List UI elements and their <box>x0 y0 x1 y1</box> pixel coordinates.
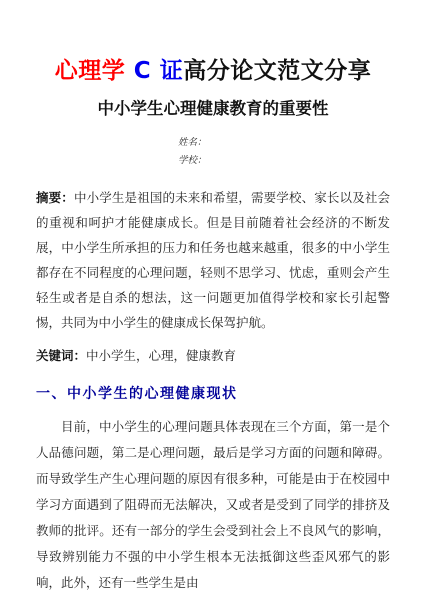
document-page: 心理学 C 证高分论文范文分享 中小学生心理健康教育的重要性 姓名： 学校： 摘… <box>0 0 424 600</box>
name-label: 姓名： <box>178 134 390 152</box>
section-paragraph: 目前，中小学生的心理问题具体表现在三个方面，第一是个人品德问题，第二是心理问题，… <box>36 414 390 596</box>
school-label: 学校： <box>178 152 390 170</box>
author-meta: 姓名： 学校： <box>36 134 390 170</box>
keywords-label: 关键词： <box>36 349 86 363</box>
keywords-text: 中小学生，心理，健康教育 <box>86 349 236 363</box>
abstract-paragraph: 摘要：中小学生是祖国的未来和希望，需要学校、家长以及社会的重视和呵护才能健康成长… <box>36 186 390 336</box>
abstract-text: 中小学生是祖国的未来和希望，需要学校、家长以及社会的重视和呵护才能健康成长。但是… <box>36 191 390 330</box>
essay-subtitle: 中小学生心理健康教育的重要性 <box>36 98 390 120</box>
section-heading: 一、中小学生的心理健康现状 <box>36 385 390 404</box>
keywords-line: 关键词：中小学生，心理，健康教育 <box>36 348 390 365</box>
title-segment-black: 高分论文范文分享 <box>183 58 371 84</box>
title-segment-blue: C 证 <box>125 58 183 84</box>
document-title: 心理学 C 证高分论文范文分享 <box>36 56 390 86</box>
abstract-label: 摘要： <box>36 191 74 205</box>
title-segment-red: 心理学 <box>55 58 126 84</box>
